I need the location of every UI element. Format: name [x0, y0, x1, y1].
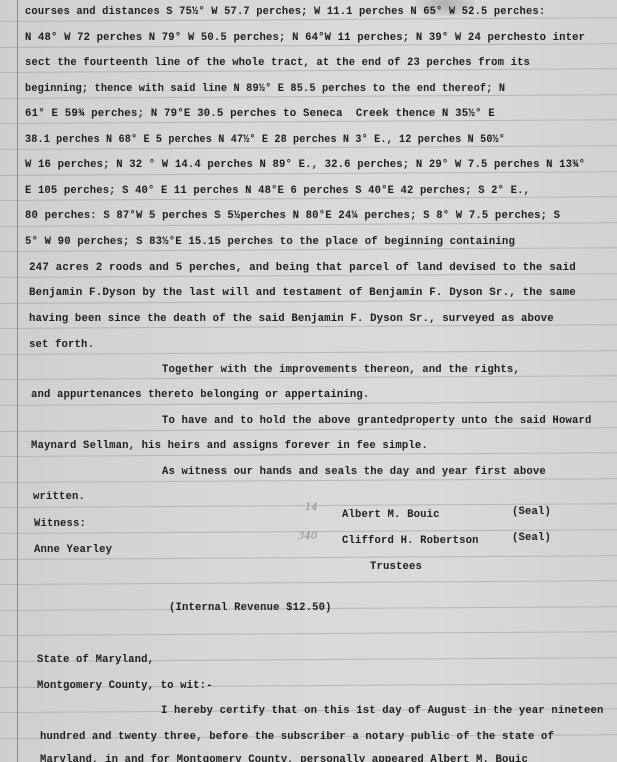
deed-line: As witness our hands and seals the day a… — [162, 466, 546, 478]
ack-state: State of Maryland, — [37, 654, 154, 666]
deed-line: set forth. — [29, 339, 94, 351]
deed-line: written. — [33, 491, 85, 503]
ruled-line — [0, 324, 617, 329]
deed-line: To have and to hold the above grantedpro… — [162, 415, 591, 427]
ruled-line — [0, 580, 617, 585]
ruled-line — [0, 171, 617, 176]
signer-name: Albert M. Bouic — [342, 509, 440, 521]
deed-line: 61° E 59¾ perches; N 79°E 30.5 perches t… — [25, 108, 495, 120]
ruled-line — [0, 222, 617, 227]
deed-line: sect the fourteenth line of the whole tr… — [25, 57, 530, 69]
ruled-line — [0, 401, 617, 406]
deed-line: courses and distances S 75½° W 57.7 perc… — [25, 6, 545, 18]
deed-line: 5° W 90 perches; S 83½°E 15.15 perches t… — [25, 236, 515, 248]
signer-name: Clifford H. Robertson — [342, 535, 479, 547]
ack-line: Maryland, in and for Montgomery County, … — [40, 754, 528, 762]
left-margin-line — [17, 0, 18, 762]
ruled-line — [0, 452, 617, 457]
ruled-line — [0, 376, 617, 381]
ruled-line — [0, 427, 617, 432]
ruled-line — [0, 248, 617, 253]
witness-name: Anne Yearley — [34, 544, 112, 556]
trustees-label: Trustees — [370, 561, 422, 573]
deed-line: Benjamin F.Dyson by the last will and te… — [29, 287, 576, 299]
ruled-line — [0, 196, 617, 201]
seal-mark: (Seal) — [512, 506, 551, 518]
ruled-line — [0, 299, 617, 304]
deed-line: having been since the death of the said … — [29, 313, 554, 325]
deed-line: 247 acres 2 roods and 5 perches, and bei… — [29, 262, 576, 274]
deed-line: Maynard Sellman, his heirs and assigns f… — [31, 440, 428, 452]
ruled-line — [0, 68, 617, 73]
ack-line: I hereby certify that on this 1st day of… — [161, 705, 604, 717]
witness-label: Witness: — [34, 518, 86, 530]
ack-line: hundred and twenty three, before the sub… — [40, 731, 554, 743]
deed-line: 80 perches: S 87°W 5 perches S 5½perches… — [25, 210, 560, 222]
deed-line: W 16 perches; N 32 ° W 14.4 perches N 89… — [25, 159, 585, 171]
pencil-note: 14 — [305, 502, 318, 513]
deed-line: 38.1 perches N 68° E 5 perches N 47½° E … — [25, 134, 505, 146]
seal-mark: (Seal) — [512, 532, 551, 544]
deed-line: E 105 perches; S 40° E 11 perches N 48°E… — [25, 185, 530, 197]
ack-county: Montgomery County, to wit:- — [37, 680, 213, 692]
revenue-stamp-note: (Internal Revenue $12.50) — [169, 602, 332, 614]
pencil-note: 340 — [298, 531, 317, 542]
deed-line: Together with the improvements thereon, … — [162, 364, 520, 376]
ruled-line — [0, 478, 617, 483]
deed-line: N 48° W 72 perches N 79° W 50.5 perches;… — [25, 32, 585, 44]
scanned-deed-page: courses and distances S 75½° W 57.7 perc… — [0, 0, 617, 762]
deed-line: beginning; thence with said line N 89½° … — [25, 83, 505, 95]
deed-line: and appurtenances thereto belonging or a… — [31, 389, 369, 401]
ruled-line — [0, 120, 617, 125]
ruled-line — [0, 632, 617, 637]
